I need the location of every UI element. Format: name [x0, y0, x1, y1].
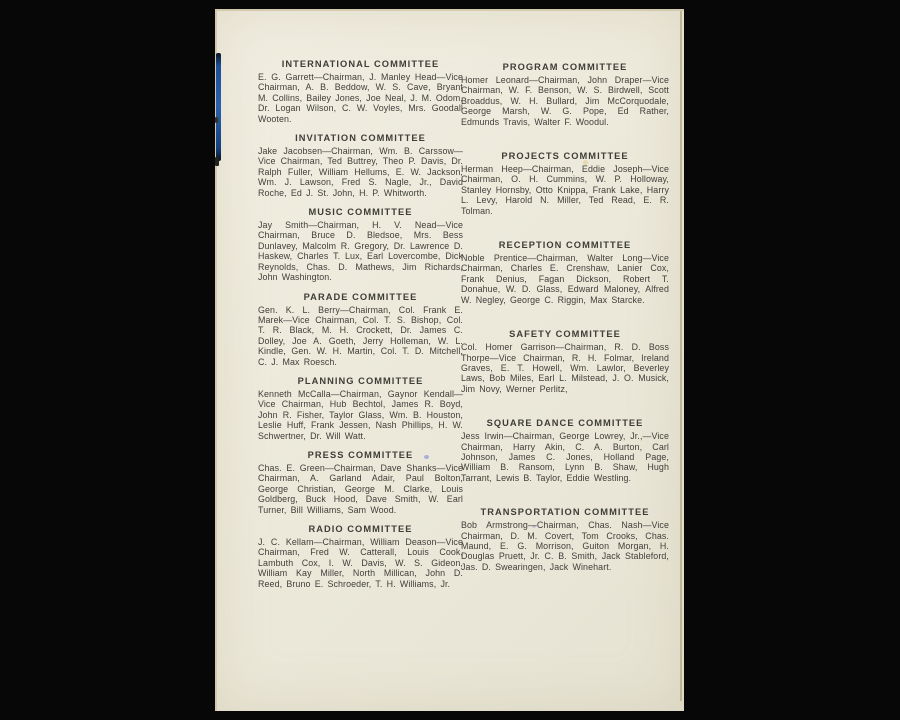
- committee-title: PLANNING COMMITTEE: [258, 376, 463, 386]
- committee-title: PRESS COMMITTEE: [258, 450, 463, 460]
- committee-members: J. C. Kellam—Chairman, William Deason—Vi…: [258, 537, 463, 589]
- program-page: INTERNATIONAL COMMITTEE E. G. Garrett—Ch…: [215, 9, 684, 711]
- committee-projects: PROJECTS COMMITTEE Herman Heep—Chairman,…: [461, 151, 669, 216]
- committee-program: PROGRAM COMMITTEE Homer Leonard—Chairman…: [461, 62, 669, 127]
- page-right-edge: [680, 11, 682, 701]
- committee-title: PROJECTS COMMITTEE: [461, 151, 669, 161]
- committee-members: Gen. K. L. Berry—Chairman, Col. Frank E.…: [258, 305, 463, 367]
- committee-title: INTERNATIONAL COMMITTEE: [258, 59, 463, 69]
- committee-safety: SAFETY COMMITTEE Col. Homer Garrison—Cha…: [461, 329, 669, 394]
- committee-members: Chas. E. Green—Chairman, Dave Shanks—Vic…: [258, 463, 463, 515]
- binding-staple-mark: [215, 157, 219, 166]
- committee-title: RADIO COMMITTEE: [258, 524, 463, 534]
- committee-title: TRANSPORTATION COMMITTEE: [461, 507, 669, 517]
- committee-international: INTERNATIONAL COMMITTEE E. G. Garrett—Ch…: [258, 59, 463, 124]
- committee-members: Homer Leonard—Chairman, John Draper—Vice…: [461, 75, 669, 127]
- committee-square-dance: SQUARE DANCE COMMITTEE Jess Irwin—Chairm…: [461, 418, 669, 483]
- committee-members: Herman Heep—Chairman, Eddie Joseph—Vice …: [461, 164, 669, 216]
- committee-radio: RADIO COMMITTEE J. C. Kellam—Chairman, W…: [258, 524, 463, 589]
- scan-background: INTERNATIONAL COMMITTEE E. G. Garrett—Ch…: [0, 0, 900, 720]
- committee-music: MUSIC COMMITTEE Jay Smith—Chairman, H. V…: [258, 207, 463, 282]
- committee-reception: RECEPTION COMMITTEE Noble Prentice—Chair…: [461, 240, 669, 305]
- blue-binding-thread: [216, 53, 221, 161]
- committee-members: Kenneth McCalla—Chairman, Gaynor Kendall…: [258, 389, 463, 441]
- committee-members: E. G. Garrett—Chairman, J. Manley Head—V…: [258, 72, 463, 124]
- committee-press: PRESS COMMITTEE Chas. E. Green—Chairman,…: [258, 450, 463, 515]
- committee-title: MUSIC COMMITTEE: [258, 207, 463, 217]
- committee-title: PROGRAM COMMITTEE: [461, 62, 669, 72]
- committee-members: Jess Irwin—Chairman, George Lowrey, Jr.,…: [461, 431, 669, 483]
- committee-title: SAFETY COMMITTEE: [461, 329, 669, 339]
- committee-title: RECEPTION COMMITTEE: [461, 240, 669, 250]
- left-column: INTERNATIONAL COMMITTEE E. G. Garrett—Ch…: [258, 59, 463, 598]
- binding-staple-mark: [215, 117, 218, 123]
- right-column: PROGRAM COMMITTEE Homer Leonard—Chairman…: [461, 62, 669, 596]
- committee-title: SQUARE DANCE COMMITTEE: [461, 418, 669, 428]
- committee-members: Col. Homer Garrison—Chairman, R. D. Boss…: [461, 342, 669, 394]
- committee-parade: PARADE COMMITTEE Gen. K. L. Berry—Chairm…: [258, 292, 463, 367]
- committee-transportation: TRANSPORTATION COMMITTEE Bob Armstrong—C…: [461, 507, 669, 572]
- committee-members: Bob Armstrong—Chairman, Chas. Nash—Vice …: [461, 520, 669, 572]
- committee-title: PARADE COMMITTEE: [258, 292, 463, 302]
- committee-members: Jake Jacobsen—Chairman, Wm. B. Carssow—V…: [258, 146, 463, 198]
- committee-members: Jay Smith—Chairman, H. V. Nead—Vice Chai…: [258, 220, 463, 282]
- committee-planning: PLANNING COMMITTEE Kenneth McCalla—Chair…: [258, 376, 463, 441]
- committee-members: Noble Prentice—Chairman, Walter Long—Vic…: [461, 253, 669, 305]
- committee-invitation: INVITATION COMMITTEE Jake Jacobsen—Chair…: [258, 133, 463, 198]
- committee-title: INVITATION COMMITTEE: [258, 133, 463, 143]
